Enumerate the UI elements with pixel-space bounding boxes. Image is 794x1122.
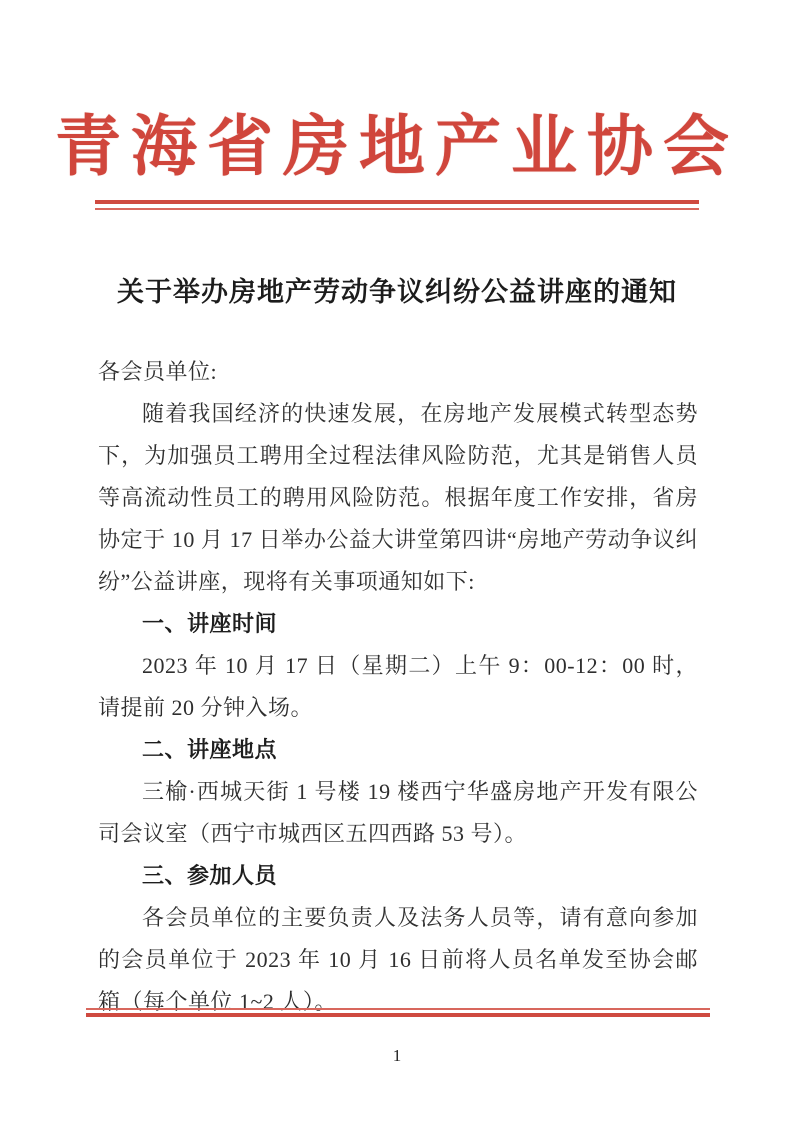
document-page: 青海省房地产业协会 关于举办房地产劳动争议纠纷公益讲座的通知 各会员单位: 随着… bbox=[0, 0, 794, 1122]
letterhead-rule-thin bbox=[95, 208, 699, 210]
notice-title: 关于举办房地产劳动争议纠纷公益讲座的通知 bbox=[0, 270, 794, 309]
letterhead: 青海省房地产业协会 bbox=[0, 0, 794, 210]
intro-paragraph: 随着我国经济的快速发展，在房地产发展模式转型态势下，为加强员工聘用全过程法律风险… bbox=[98, 393, 698, 603]
section-1-body: 2023 年 10 月 17 日（星期二）上午 9：00-12：00 时，请提前… bbox=[98, 645, 698, 729]
section-3-heading: 三、参加人员 bbox=[98, 855, 698, 897]
page-number: 1 bbox=[0, 1046, 794, 1066]
section-1-heading: 一、讲座时间 bbox=[98, 603, 698, 645]
org-name: 青海省房地产业协会 bbox=[0, 104, 794, 190]
letterhead-rule bbox=[95, 200, 699, 210]
footer-rule-thick bbox=[86, 1013, 710, 1017]
salutation: 各会员单位: bbox=[98, 351, 698, 393]
section-3-body: 各会员单位的主要负责人及法务人员等，请有意向参加的会员单位于 2023 年 10… bbox=[98, 897, 698, 1023]
section-2-heading: 二、讲座地点 bbox=[98, 729, 698, 771]
section-2-body: 三榆·西城天街 1 号楼 19 楼西宁华盛房地产开发有限公司会议室（西宁市城西区… bbox=[98, 771, 698, 855]
notice-body: 各会员单位: 随着我国经济的快速发展，在房地产发展模式转型态势下，为加强员工聘用… bbox=[98, 351, 698, 1023]
footer-rule bbox=[86, 1008, 710, 1017]
